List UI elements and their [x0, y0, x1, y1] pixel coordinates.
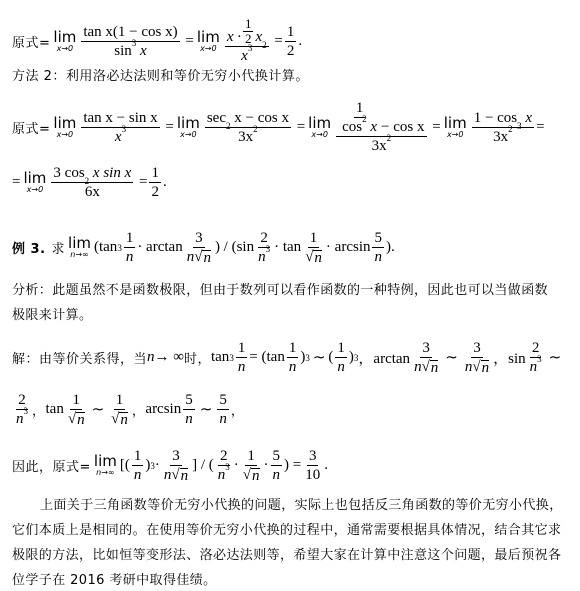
fraction: sec2 x − cos x 3x2	[205, 110, 291, 145]
limit-operator: lim x→0	[177, 116, 200, 139]
therefore-equation: 因此，原式= lim n→∞ [( 1n )3 · 3n√n ] / ( 2n3…	[12, 448, 328, 483]
fraction: tan x(1 − cos x) sin3 x	[81, 24, 179, 59]
fraction: tan x − sin x x3	[81, 110, 159, 145]
sqrt-symbol: √n	[305, 249, 322, 265]
fraction: 5 n	[372, 230, 384, 265]
fraction: 3n√n	[162, 448, 190, 483]
solution-line1: 解：由等价关系得，当 n → ∞ 时， tan3 1n = (tan 1n )3…	[12, 340, 561, 375]
fraction: 1 − cos3 x 3x2	[472, 110, 534, 145]
fraction: 1√n	[109, 392, 130, 427]
method1-equation: 原式= lim x→0 tan x(1 − cos x) sin3 x = li…	[12, 18, 302, 64]
fraction: 1n	[335, 340, 347, 375]
conclusion-paragraph: 上面关于三角函数等价无穷小代换的问题，实际上也包括反三角函数的等价无穷小代换，它…	[12, 493, 572, 591]
fraction: 1 2	[149, 165, 161, 200]
limit-operator: lim x→0	[53, 30, 76, 53]
original-expression-label: 原式=	[12, 32, 50, 51]
limit-operator: lim x→0	[308, 116, 331, 139]
method2-equation-line2: = lim x→0 3 cos2 x sin x 6x = 1 2 .	[12, 165, 167, 200]
limit-operator: lim n→∞	[94, 454, 117, 477]
fraction: 3 cos2 x sin x 6x	[51, 165, 133, 200]
fraction: 5n	[183, 392, 195, 427]
fraction: 1√n	[66, 392, 87, 427]
fraction: 1 n	[124, 230, 136, 265]
fraction: 1n	[236, 340, 248, 375]
fraction: 1√n	[241, 448, 262, 483]
limit-operator: lim x→0	[23, 171, 46, 194]
fraction: 1 cos2 x − cos x 3x2	[336, 100, 426, 154]
fraction: 2 n3	[256, 230, 272, 265]
limit-operator: lim x→0	[197, 30, 220, 53]
fraction: 3 n√n	[185, 230, 213, 265]
fraction: 310	[303, 448, 322, 483]
method2-heading: 方法 2：利用洛必达法则和等价无穷小代换计算。	[12, 65, 309, 84]
analysis-paragraph: 分析：此题虽然不是函数极限，但由于数列可以看作函数的一种特例，因此也可以当做函数…	[12, 278, 572, 328]
solution-line2: 2n3 ， tan 1√n ∼ 1√n ， arcsin 5n ∼ 5n ，	[12, 392, 244, 427]
method2-equation-line1: 原式= lim x→0 tan x − sin x x3 = lim x→0 s…	[12, 100, 545, 154]
fraction: 1n	[287, 340, 299, 375]
fraction: 2n3	[528, 340, 544, 375]
example3-problem: 例 3. 求 lim n→∞ (tan3 1 n · arctan 3 n√n …	[12, 230, 395, 265]
fraction: 3n√n	[463, 340, 491, 375]
fraction: x · 1 2 x2 x3	[225, 18, 269, 64]
limit-operator: lim n→∞	[68, 236, 91, 259]
fraction: 1 2	[285, 24, 297, 59]
fraction: 1 √n	[303, 230, 324, 265]
fraction: 1n	[132, 448, 144, 483]
fraction: 3n√n	[412, 340, 440, 375]
sqrt-symbol: √n	[194, 249, 211, 265]
fraction: 2n3	[216, 448, 232, 483]
example-label: 例 3.	[12, 238, 46, 257]
fraction: 5n	[217, 392, 229, 427]
limit-operator: lim x→0	[444, 116, 467, 139]
fraction: 5n	[271, 448, 283, 483]
limit-operator: lim x→0	[53, 116, 76, 139]
fraction: 2n3	[14, 392, 30, 427]
